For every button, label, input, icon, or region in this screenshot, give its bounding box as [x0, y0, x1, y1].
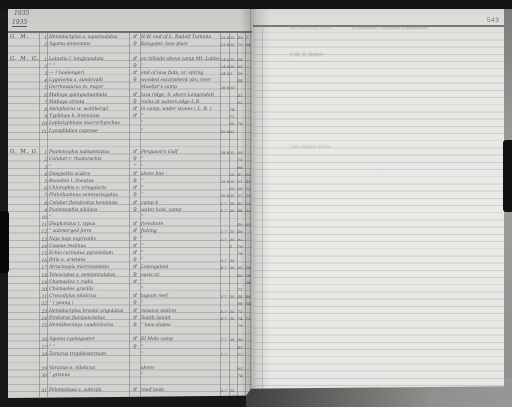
row-name: Boaedon l. lineatus: [49, 178, 129, 185]
row-locality: ”: [141, 286, 219, 293]
row-num2: 56: [246, 264, 252, 271]
row-number: 5: [39, 178, 47, 185]
row-sex: ♀: [130, 236, 140, 243]
row-locality: ”: [141, 164, 219, 171]
row-locality: ”: [141, 192, 219, 199]
row-locality: ”: [141, 344, 219, 351]
register-row: 27” ”♀”41: [8, 344, 252, 351]
register-row: 30” griseus”74: [8, 372, 252, 379]
row-num: 48: [238, 207, 245, 214]
register-row: [8, 142, 252, 149]
row-date: 6.7: [221, 308, 229, 315]
row-name: Hemidactylus s. squamulatus: [49, 34, 129, 41]
row-num: 62: [238, 365, 245, 372]
row-number: 11: [39, 221, 47, 228]
row-date: 23.6: [221, 34, 229, 41]
row-num: 77: [238, 351, 245, 358]
row-number: 25: [39, 322, 47, 329]
register-row: 10””: [8, 214, 252, 221]
row-locality: on hillside above camp Mt. Labbo: [141, 56, 219, 63]
row-date: 24.6: [221, 56, 229, 63]
row-sex: ♂: [130, 336, 140, 343]
ledger-book-spread: 1935 1935 543 see also Reg. 1935 Present…: [8, 8, 504, 398]
pencil-note-presented: Presented: Turkana Expedition: [352, 26, 428, 31]
row-sex: ♂: [130, 149, 140, 156]
row-sex: ♂: [130, 228, 140, 235]
row-number: 5: [39, 84, 47, 91]
row-sex: ♀: [130, 272, 140, 279]
pencil-note-collector: Coll: N. Baker.: [290, 53, 324, 58]
row-year: 35: [230, 84, 237, 91]
row-name: — ? boulengeri: [49, 70, 129, 77]
row-number: 18: [39, 272, 47, 279]
row-locality: reed beds: [141, 387, 219, 394]
row-date: 5.7: [221, 293, 229, 300]
row-num: 74: [238, 315, 245, 322]
row-number: 29: [39, 365, 47, 372]
row-num: 65: [238, 264, 245, 271]
row-date: 1.7: [221, 200, 229, 207]
row-locality: end of lava flats, nr. spring: [141, 70, 219, 77]
row-number: 8: [39, 200, 47, 207]
row-num: 44: [238, 293, 245, 300]
row-locality: in camp, under stones ( L. R. ): [141, 106, 219, 113]
row-name: Lycophidion capense: [49, 128, 129, 135]
row-num: 59: [238, 185, 245, 192]
row-number: 1: [39, 56, 47, 63]
row-num: 79: [238, 322, 245, 329]
row-date: 28.6: [221, 149, 229, 156]
row-sex: ♂: [130, 185, 140, 192]
row-sex: ♂: [130, 250, 140, 257]
row-year: 72: [230, 113, 237, 120]
row-year: 35: [230, 315, 237, 322]
row-number: 20: [39, 286, 47, 293]
row-sex: ♀: [130, 156, 140, 163]
margin-code: G. M. G: [10, 149, 39, 156]
row-locality: El Molo camp: [141, 336, 219, 343]
row-sex: ♀: [130, 178, 140, 185]
row-number: 16: [39, 257, 47, 264]
register-row: 26Agama cyanogaster♂El Molo camp7.73590: [8, 336, 252, 343]
row-num: 44: [238, 77, 245, 84]
row-num: 61: [238, 178, 245, 185]
row-number: 19: [39, 279, 47, 286]
row-locality: ”: [141, 243, 219, 250]
row-number: 22: [39, 300, 47, 307]
row-name: Chamaeleo gracilis: [49, 286, 129, 293]
row-name: Typhlops b. braminus: [49, 113, 129, 120]
row-num: 63: [238, 63, 245, 70]
row-year: 35: [230, 56, 237, 63]
row-num: 68: [238, 300, 245, 307]
register-row: 3”””88: [8, 164, 252, 171]
row-number: 11: [39, 128, 47, 135]
row-num2: 98: [246, 41, 252, 48]
row-num: 90: [238, 336, 245, 343]
register-row: [8, 48, 252, 55]
row-year: 30: [230, 185, 237, 192]
row-number: 3: [39, 164, 47, 171]
row-year: 35: [230, 192, 237, 199]
row-sex: ♀: [130, 99, 140, 106]
row-year: 35: [230, 228, 237, 235]
register-row: 4Lygosoma s. sundevalli♀wooded escarpmen…: [8, 77, 252, 84]
row-sex: ♂: [130, 387, 140, 394]
row-name: Naja haje nigricollis: [49, 236, 129, 243]
row-year: 35: [230, 200, 237, 207]
row-number: 1: [39, 149, 47, 156]
row-sex: ♀: [130, 257, 140, 264]
row-year: 35: [230, 149, 237, 156]
register-row: 9Typhlops b. braminus♂”72: [8, 113, 252, 120]
row-number: 2: [39, 41, 47, 48]
row-year: 35: [230, 178, 237, 185]
row-number: 2: [39, 156, 47, 163]
row-number: 24: [39, 315, 47, 322]
row-num2: 43: [246, 178, 252, 185]
register-row: [8, 135, 252, 142]
row-num: 42: [238, 200, 245, 207]
row-name: Telescopus s. semiannulatus: [49, 272, 129, 279]
page-number: 543: [487, 17, 499, 24]
row-locality: ”: [141, 113, 219, 120]
row-number: 7: [39, 99, 47, 106]
row-number: 21: [39, 293, 47, 300]
row-number: 10: [39, 120, 47, 127]
register-row: 5Gerrhosaurus m. majorMueller's camp26.6…: [8, 84, 252, 91]
row-name: Chamaeleo r. rudis: [49, 279, 129, 286]
row-num2: 62: [246, 171, 252, 178]
row-locality: South Island: [141, 315, 219, 322]
row-name: Lygosoma s. sundevalli: [49, 77, 129, 84]
row-locality: ”: [141, 372, 219, 379]
row-num: 57: [238, 192, 245, 199]
register-row: 8Coluber florulentus keniensis♂camp 41.7…: [8, 200, 252, 207]
row-num: 79: [238, 41, 245, 48]
row-num: 92: [238, 236, 245, 243]
row-name: Agama annectans: [49, 41, 129, 48]
row-num2: 32: [246, 207, 252, 214]
year-annotation-top: 1935: [14, 10, 29, 17]
row-name: Varanus n. niloticus: [49, 365, 129, 372]
register-row: 2” ”♀”24.63563: [8, 63, 252, 70]
row-name: Echis carinatus pyramidum: [49, 250, 129, 257]
row-year: 3: [230, 70, 237, 77]
row-date: 4.7: [221, 264, 229, 271]
row-locality: ”: [141, 250, 219, 257]
row-num: 70: [238, 243, 245, 250]
row-name: Hemidactylus brookii angulatus: [49, 308, 129, 315]
row-locality: foreshore: [141, 221, 219, 228]
register-row: 5Boaedon l. lineatus♀”29.6356143: [8, 178, 252, 185]
register-row: G. M. G1Psammophis subtaeniatus♂Ferguson…: [8, 149, 252, 156]
register-row: 15Echis carinatus pyramidum♂”78: [8, 250, 252, 257]
row-number: 30: [39, 372, 47, 379]
row-num2: 18: [246, 272, 252, 279]
row-sex: ♀: [130, 192, 140, 199]
row-number: 10: [39, 214, 47, 221]
row-num: 41: [238, 344, 245, 351]
row-num2: 34: [246, 279, 252, 286]
row-locality: ”: [141, 120, 219, 127]
row-sex: ♂: [130, 200, 140, 207]
row-num: 73: [238, 308, 245, 315]
register-row: 14Causus resimus♂”370: [8, 243, 252, 250]
row-locality: ”: [141, 300, 219, 307]
register-row: 24Pristurus flavipunctatus♂South Island6…: [8, 315, 252, 322]
row-number: 7: [39, 192, 47, 199]
row-num2: 72: [246, 185, 252, 192]
row-name: Dispholidus t. typus: [49, 221, 129, 228]
row-number: 4: [39, 77, 47, 84]
register-row: 25Hemitheconyx caudicinctus♀” lava slope…: [8, 322, 252, 329]
margin-code: G. M. G.: [10, 56, 39, 63]
row-num: 88: [238, 164, 245, 171]
row-num: 52: [238, 99, 245, 106]
row-locality: shore line: [141, 171, 219, 178]
row-date: 30.6: [221, 192, 229, 199]
row-locality: Loiengalani: [141, 264, 219, 271]
register-row: 11Lycophidion capense”10.662: [8, 128, 252, 135]
row-locality: ”: [141, 214, 219, 221]
row-number: 6: [39, 92, 47, 99]
ruled-lines-right: [254, 26, 504, 390]
row-sex: ♂: [130, 171, 140, 178]
register-row: 6Chlorophis n. irregularis♂”305972: [8, 185, 252, 192]
photo-background-top: [0, 0, 512, 9]
row-number: 14: [39, 243, 47, 250]
row-year: 35: [230, 63, 237, 70]
row-num2: 23: [246, 200, 252, 207]
pencil-note-mid: Lake Rudolf series: [290, 145, 331, 150]
pencil-note-reference: see also Reg. 1935: [290, 26, 332, 31]
row-sex: ♀: [130, 63, 140, 70]
row-sex: ♀: [130, 322, 140, 329]
register-row: 3— ? boulengeri♂end of lava flats, nr. s…: [8, 70, 252, 77]
register-row: 28Zonurus tropidosternum”7.777: [8, 351, 252, 358]
register-row: 10Leptotyphlops macrorhynchus”5076: [8, 120, 252, 127]
row-name: Pelomedusa s. subrufa: [49, 387, 129, 394]
row-date: 2.7: [221, 228, 229, 235]
row-sex: ♂: [130, 106, 140, 113]
row-locality: wooded escarpment abv. river: [141, 77, 219, 84]
row-year: 35: [230, 34, 237, 41]
black-tab-left: [0, 211, 9, 273]
row-number: 9: [39, 207, 47, 214]
row-year: 62: [230, 128, 237, 135]
register-row: G. M. G.1Latastia l. longicaudata♂on hil…: [8, 56, 252, 63]
row-sex: ♀: [130, 344, 140, 351]
row-number: 27: [39, 344, 47, 351]
register-row: 2Coluber r. rhodorachis♀”75: [8, 156, 252, 163]
row-year: 50: [230, 120, 237, 127]
row-locality: lagoon reef: [141, 293, 219, 300]
row-sex: ♀: [130, 300, 140, 307]
year-annotation: 1935: [12, 19, 27, 27]
row-date: 24.6: [221, 63, 229, 70]
register-row: 7Philothamnus semivariegatus♀”30.6355751: [8, 192, 252, 199]
row-name: ”: [49, 214, 129, 221]
row-num: 41: [238, 92, 245, 99]
row-name: Gerrhosaurus m. major: [49, 84, 129, 91]
row-locality: ”: [141, 236, 219, 243]
row-num2: 46: [246, 293, 252, 300]
row-name: ” submerged form: [49, 228, 129, 235]
row-date: 26.6: [221, 84, 229, 91]
row-number: 3: [39, 70, 47, 77]
row-sex: ♂: [130, 293, 140, 300]
row-num: 49: [238, 221, 245, 228]
row-year: 35: [230, 236, 237, 243]
row-year: 3: [230, 243, 237, 250]
register-row: [8, 329, 252, 336]
row-sex: ”: [130, 164, 140, 171]
row-date: 7.7: [221, 351, 229, 358]
row-locality: ”: [141, 156, 219, 163]
row-num: 71: [238, 286, 245, 293]
row-name: Pristurus flavipunctatus: [49, 315, 129, 322]
row-locality: ”: [141, 351, 219, 358]
row-date: 10.6: [221, 128, 229, 135]
row-date: 2.7: [221, 236, 229, 243]
row-number: 17: [39, 264, 47, 271]
row-date: 9.7: [221, 387, 229, 394]
row-date: 23.6: [221, 41, 229, 48]
register-row: 4Dasypeltis scabra♂shore line254762: [8, 171, 252, 178]
row-number: 8: [39, 106, 47, 113]
register-row: [8, 358, 252, 365]
row-name: Philothamnus semivariegatus: [49, 192, 129, 199]
register-row: [8, 380, 252, 387]
row-year: 35: [230, 257, 237, 264]
row-name: Psammophis subtaeniatus: [49, 149, 129, 156]
row-num2: 54: [246, 300, 252, 307]
black-tab-right: [503, 140, 512, 212]
row-locality: ”: [141, 279, 219, 286]
row-num2: 71: [246, 315, 252, 322]
row-sex: ♂: [130, 308, 140, 315]
row-num2: 65: [246, 221, 252, 228]
row-number: 13: [39, 236, 47, 243]
row-num: 76: [238, 120, 245, 127]
row-sex: ♀: [130, 41, 140, 48]
row-locality: ”: [141, 185, 219, 192]
row-locality: Mueller's camp: [141, 84, 219, 91]
row-name: Coluber r. rhodorachis: [49, 156, 129, 163]
row-name: ” ”: [49, 63, 129, 70]
row-number: 6: [39, 185, 47, 192]
row-number: 1: [39, 34, 47, 41]
row-number: 31: [39, 387, 47, 394]
row-num: 60: [238, 149, 245, 156]
row-number: 28: [39, 351, 47, 358]
row-num2: 51: [246, 192, 252, 199]
row-num: 60: [238, 272, 245, 279]
row-date: 6.7: [221, 315, 229, 322]
row-name: Leptotyphlops macrorhynchus: [49, 120, 129, 127]
register-row: 29Varanus n. niloticusshore62: [8, 365, 252, 372]
row-num: 47: [238, 171, 245, 178]
row-locality: rocks at waters edge L.R.: [141, 99, 219, 106]
row-number: 26: [39, 336, 47, 343]
row-locality: ”: [141, 257, 219, 264]
row-sex: ♂: [130, 34, 140, 41]
row-locality: Kangatet: lava plain: [141, 41, 219, 48]
row-locality: ” lava slopes: [141, 322, 219, 329]
row-year: 25: [230, 171, 237, 178]
row-locality: N.W. end of L. Rudolf Turkana: [141, 34, 219, 41]
register-row: 17Atractaspis microlepidota♂Loiengalani4…: [8, 264, 252, 271]
row-year: 35: [230, 293, 237, 300]
row-sex: ♂: [130, 70, 140, 77]
register-row: 9Psammophis sibilans♀water hole, camp1.7…: [8, 207, 252, 214]
row-name: Latastia l. longicaudata: [49, 56, 129, 63]
margin-code: G. M.: [10, 34, 39, 41]
row-year: 35: [230, 264, 237, 271]
row-locality: water hole, camp: [141, 207, 219, 214]
row-number: 12: [39, 228, 47, 235]
register-row: G. M.1Hemidactylus s. squamulatus♂N.W. e…: [8, 34, 252, 41]
row-year: 35: [230, 207, 237, 214]
row-locality: ”: [141, 63, 219, 70]
row-name: Psammophis sibilans: [49, 207, 129, 214]
row-num: 75: [238, 156, 245, 163]
row-name: ” ( young ): [49, 300, 129, 307]
row-locality: lava ridge, S. shore Longondoti: [141, 92, 219, 99]
row-number: 4: [39, 171, 47, 178]
register-row: 18Telescopus s. semiannulatus♀oasis nr.6…: [8, 272, 252, 279]
register-row: 13Naja haje nigricollis♀”2.73592: [8, 236, 252, 243]
row-name: Dasypeltis scabra: [49, 171, 129, 178]
row-name: Coluber florulentus keniensis: [49, 200, 129, 207]
row-sex: ♂: [130, 56, 140, 63]
row-locality: camp 4: [141, 200, 219, 207]
register-row: 12” submerged form♂fishing2.73546: [8, 228, 252, 235]
register-row: 22” ( young )♀”6854: [8, 300, 252, 307]
row-name: Ablepharus w. wahlbergii: [49, 106, 129, 113]
row-locality: shore: [141, 365, 219, 372]
row-num: 78: [238, 250, 245, 257]
register-row: 19Chamaeleo r. rudis♂”34: [8, 279, 252, 286]
row-sex: ♂: [130, 279, 140, 286]
row-name: Crocodylus niloticus: [49, 293, 129, 300]
row-year: 35: [230, 336, 237, 343]
row-name: Hemitheconyx caudicinctus: [49, 322, 129, 329]
row-number: 23: [39, 308, 47, 315]
row-num: 46: [238, 228, 245, 235]
row-date: 7.7: [221, 336, 229, 343]
register-row: 2Agama annectans♀Kangatet: lava plain23.…: [8, 41, 252, 48]
row-locality: mission station: [141, 308, 219, 315]
row-locality: oasis nr.: [141, 272, 219, 279]
row-date: 1.7: [221, 207, 229, 214]
row-date: 29.6: [221, 178, 229, 185]
row-name: Chlorophis n. irregularis: [49, 185, 129, 192]
register-row: 21Crocodylus niloticus♂lagoon reef5.7354…: [8, 293, 252, 300]
head-rule-left: [8, 31, 252, 33]
row-locality: fishing: [141, 228, 219, 235]
row-num: 58: [238, 56, 245, 63]
row-sex: ♀: [130, 207, 140, 214]
row-num: 49: [238, 34, 245, 41]
row-name: Mabuya quinquetaeniata: [49, 92, 129, 99]
row-year: 35: [230, 308, 237, 315]
row-locality: Ferguson's Gulf: [141, 149, 219, 156]
row-sex: ♂: [130, 315, 140, 322]
register-row: 6Mabuya quinquetaeniata♂lava ridge, S. s…: [8, 92, 252, 99]
page-bottom-edge: [8, 399, 248, 402]
